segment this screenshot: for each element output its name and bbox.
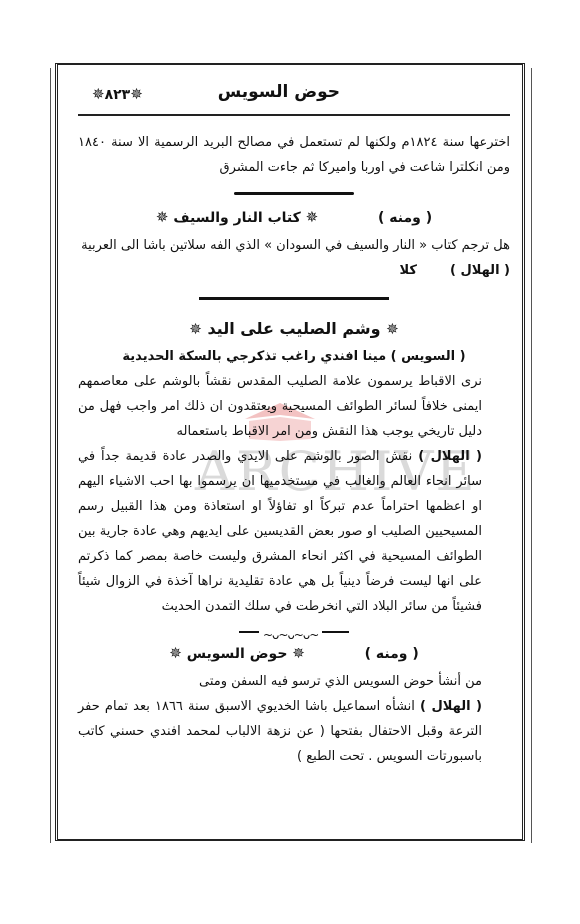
swirl-divider: ~ᴗ~ᴗ~ᴗ~ xyxy=(239,631,349,633)
answer-label: ( الهلال ) xyxy=(420,699,482,714)
star-ornament-icon: ✵ xyxy=(306,208,319,226)
page-number-value: ٨٢٣ xyxy=(105,87,131,103)
running-header: حوض السويس ✵٨٢٣✵ xyxy=(78,70,510,116)
answer-label: ( الهلال ) xyxy=(450,263,510,278)
page-number: ✵٨٢٣✵ xyxy=(92,82,143,108)
answer-label: ( الهلال ) xyxy=(418,449,482,464)
star-ornament-icon: ✵ xyxy=(169,644,182,662)
section-divider xyxy=(199,297,389,300)
outer-border-right xyxy=(531,68,532,843)
section-heading-fire-and-sword: ( ومنه ) ✵ كتاب النار والسيف ✵ xyxy=(78,205,510,231)
star-ornament-icon: ✵ xyxy=(156,208,169,226)
star-ornament-icon: ✵ xyxy=(386,320,399,338)
star-ornament-icon: ✵ xyxy=(130,85,143,103)
answer-text: كلا xyxy=(399,263,416,278)
section-heading-text: حوض السويس xyxy=(187,646,288,662)
header-title: حوض السويس xyxy=(218,80,340,105)
star-ornament-icon: ✵ xyxy=(92,85,105,103)
outer-border-left xyxy=(50,68,51,843)
answer-paragraph: ( الهلال ) نقش الصور بالوشم على الايدي و… xyxy=(78,444,510,619)
intro-paragraph: اخترعها سنة ١٨٢٤م ولكنها لم تستعمل في مص… xyxy=(78,130,510,180)
question-paragraph: من أنشأ حوض السويس الذي ترسو فيه السفن و… xyxy=(78,669,510,694)
ornament-divider xyxy=(234,192,354,195)
swirl-ornament-icon: ~ᴗ~ᴗ~ᴗ~ xyxy=(259,623,322,648)
answer-paragraph: ( الهلال ) كلا xyxy=(78,258,510,283)
star-ornament-icon: ✵ xyxy=(189,320,202,338)
page-content: حوض السويس ✵٨٢٣✵ اخترعها سنة ١٨٢٤م ولكنه… xyxy=(78,70,510,769)
answer-text: نقش الصور بالوشم على الايدي والصدر عادة … xyxy=(78,449,482,614)
section-heading-text: كتاب النار والسيف xyxy=(173,210,300,226)
question-paragraph: هل ترجم كتاب « النار والسيف في السودان »… xyxy=(78,233,510,258)
question-paragraph: نرى الاقباط يرسمون علامة الصليب المقدس ن… xyxy=(78,369,510,444)
answer-paragraph: ( الهلال ) انشأه اسماعيل باشا الخديوي ال… xyxy=(78,694,510,769)
correspondent-line: ( السويس ) مينا افندي راغب تذكرجي بالسكة… xyxy=(78,344,510,369)
section-heading-cross-tattoo: ✵ وشم الصليب على اليد ✵ xyxy=(78,316,510,342)
section-heading-text: وشم الصليب على اليد xyxy=(207,319,380,338)
from-label: ( ومنه ) xyxy=(365,646,419,662)
from-label: ( ومنه ) xyxy=(378,210,432,226)
